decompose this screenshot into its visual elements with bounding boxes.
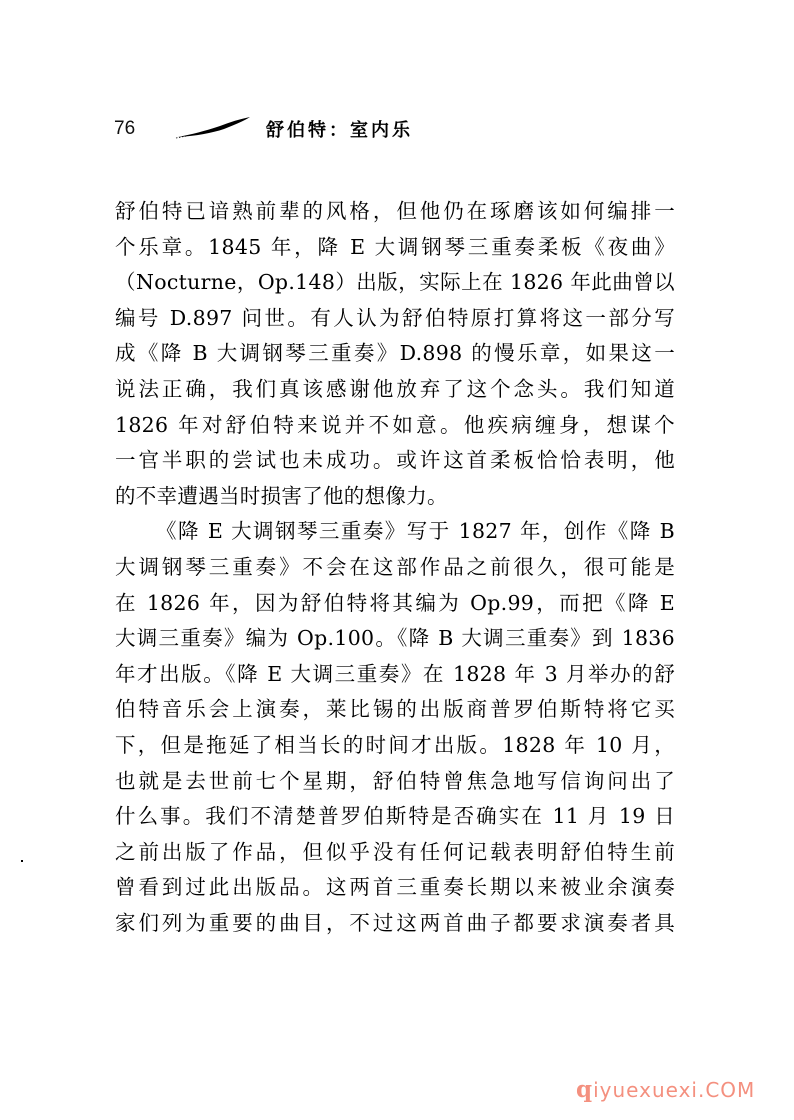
text-line: 年才出版。《降 E 大调三重奏》在 1828 年 3 月举办的舒 — [115, 657, 675, 693]
text-line-paragraph-start: 《降 E 大调钢琴三重奏》写于 1827 年，创作《降 B — [115, 514, 675, 550]
page-number: 76 — [114, 118, 135, 140]
text-line: 编号 D.897 问世。有人认为舒伯特原打算将这一部分写 — [115, 301, 675, 337]
text-line: 之前出版了作品，但似乎没有任何记载表明舒伯特生前 — [115, 835, 675, 871]
text-line: 大调钢琴三重奏》不会在这部作品之前很久，很可能是 — [115, 550, 675, 586]
watermark-logo-letter: q — [576, 1076, 593, 1103]
text-line: 在 1826 年，因为舒伯特将其编为 Op.99，而把《降 E — [115, 586, 675, 622]
text-line: 家们列为重要的曲目，不过这两首曲子都要求演奏者具 — [115, 906, 675, 942]
text-line: 大调三重奏》编为 Op.100。《降 B 大调三重奏》到 1836 — [115, 621, 675, 657]
scan-speck — [21, 860, 23, 862]
text-line: 舒伯特已谙熟前辈的风格，但他仍在琢磨该如何编排一 — [115, 194, 675, 230]
text-line: 曾看到过此出版品。这两首三重奏长期以来被业余演奏 — [115, 870, 675, 906]
text-line: 什么事。我们不清楚普罗伯斯特是否确实在 11 月 19 日 — [115, 799, 675, 835]
text-line: 成《降 B 大调钢琴三重奏》D.898 的慢乐章，如果这一 — [115, 336, 675, 372]
running-title: 舒伯特：室内乐 — [266, 116, 413, 142]
text-line: 也就是去世前七个星期，舒伯特曾焦急地写信询问出了 — [115, 764, 675, 800]
text-line: （Nocturne，Op.148）出版，实际上在 1826 年此曲曾以 — [115, 265, 675, 301]
text-line: 伯特音乐会上演奏，莱比锡的出版商普罗伯斯特将它买 — [115, 692, 675, 728]
watermark: qiyuexuexi.COM — [576, 1076, 755, 1103]
text-line: 下，但是拖延了相当长的时间才出版。1828 年 10 月， — [115, 728, 675, 764]
text-line: 一官半职的尝试也未成功。或许这首柔板恰恰表明，他 — [115, 443, 675, 479]
text-line: 说法正确，我们真该感谢他放弃了这个念头。我们知道 — [115, 372, 675, 408]
watermark-text: iyuexuexi.COM — [593, 1078, 755, 1102]
body-text: 舒伯特已谙熟前辈的风格，但他仍在琢磨该如何编排一 个乐章。1845 年，降 E … — [115, 194, 675, 941]
text-line-paragraph-end: 的不幸遭遇当时损害了他的想像力。 — [115, 479, 675, 515]
text-line: 1826 年对舒伯特来说并不如意。他疾病缠身，想谋个 — [115, 408, 675, 444]
page-header: 76 舒伯特：室内乐 — [114, 116, 674, 146]
text-line: 个乐章。1845 年，降 E 大调钢琴三重奏柔板《夜曲》 — [115, 230, 675, 266]
quill-icon — [174, 116, 254, 140]
